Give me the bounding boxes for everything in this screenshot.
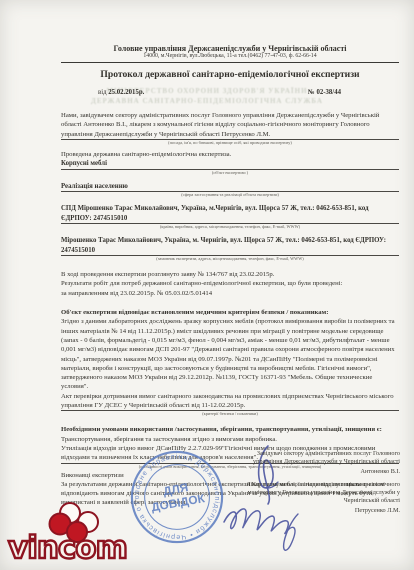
vincom-logo: vincom xyxy=(4,486,154,570)
application-line: В ході проведення експертизи розглянуто … xyxy=(61,270,399,279)
experts-caption: (посада, ім'я, по батькові, прізвище осі… xyxy=(61,140,399,146)
official1-name: Антоненко В.І. xyxy=(232,468,400,476)
official2-name: Петрусенко Л.М. xyxy=(232,507,400,515)
executors-label: Виконавці експертизи xyxy=(61,472,124,479)
document-meta-row: від 25.02.2015р. № 02-38/44 xyxy=(61,89,399,96)
application-sphere-caption: (сфера застосування та реалізації об'єкт… xyxy=(61,192,399,198)
application-sphere-field: Реалізація населенню xyxy=(61,182,399,193)
header-divider xyxy=(61,62,399,63)
conditions-line-1: Транспортування, зберігання та застосува… xyxy=(61,435,399,444)
applicant-caption: (замовник експертизи, адреса, місцезнахо… xyxy=(61,256,399,262)
referral-line: за направленням від 23.02.2015р. № 05.03… xyxy=(61,289,399,298)
officials-text-block: Завідувач сектору адміністративних послу… xyxy=(232,450,400,520)
document-date: від 25.02.2015р. xyxy=(98,89,144,96)
document-number: № 02-38/44 xyxy=(308,89,341,96)
criteria-heading: Об'єкт експертизи відповідає встановлени… xyxy=(61,308,399,317)
official1-title: Завідувач сектору адміністративних послу… xyxy=(232,450,400,467)
date-value: 25.02.2015р. xyxy=(108,89,144,96)
expertise-object-caption: (об'єкт експертизи ) xyxy=(61,170,399,176)
producer-caption: (країна, виробник, адреса, місцезнаходже… xyxy=(61,224,399,230)
date-prefix: від xyxy=(98,89,108,96)
results-line: Результати робіт для потреб державної са… xyxy=(61,279,399,288)
expertise-object-field: Корпусні меблі xyxy=(61,159,399,170)
document-title: Протокол державної санітарно-епідеміолог… xyxy=(61,69,399,80)
official2-title: Лікар з комунальної гігієни відділу соці… xyxy=(232,481,400,506)
criteria-caption: (критерії безпеки / показники) xyxy=(61,411,399,417)
organization-name: Головне управління Держсанепідслужби у Ч… xyxy=(61,44,399,53)
applicant-field: Мірошенко Тарас Миколайович, Україна, м.… xyxy=(61,236,399,256)
scanned-protocol-document: МІНІСТЕРСТВО ОХОРОНИ ЗДОРОВ'Я УКРАЇНИ ДЕ… xyxy=(0,0,414,570)
criteria-paragraph: Згідно з даними лабораторних досліджень … xyxy=(61,317,399,391)
vincom-logo-text: vincom xyxy=(8,530,127,566)
experts-paragraph: Нами, завідувачем сектору адміністративн… xyxy=(61,111,399,140)
producer-field: СПД Мірошенко Тарас Миколайович, Україна… xyxy=(61,204,399,224)
act-line: Акт перевірки дотримання вимог санітарно… xyxy=(61,392,399,412)
conditions-heading: Необхідними умовами використання /застос… xyxy=(61,425,399,434)
organization-address: 14000, м.Чернігів, вул.Любецька, 11-а те… xyxy=(61,53,399,60)
conducted-line: Проведена державна санітарно-епідеміолог… xyxy=(61,150,399,159)
